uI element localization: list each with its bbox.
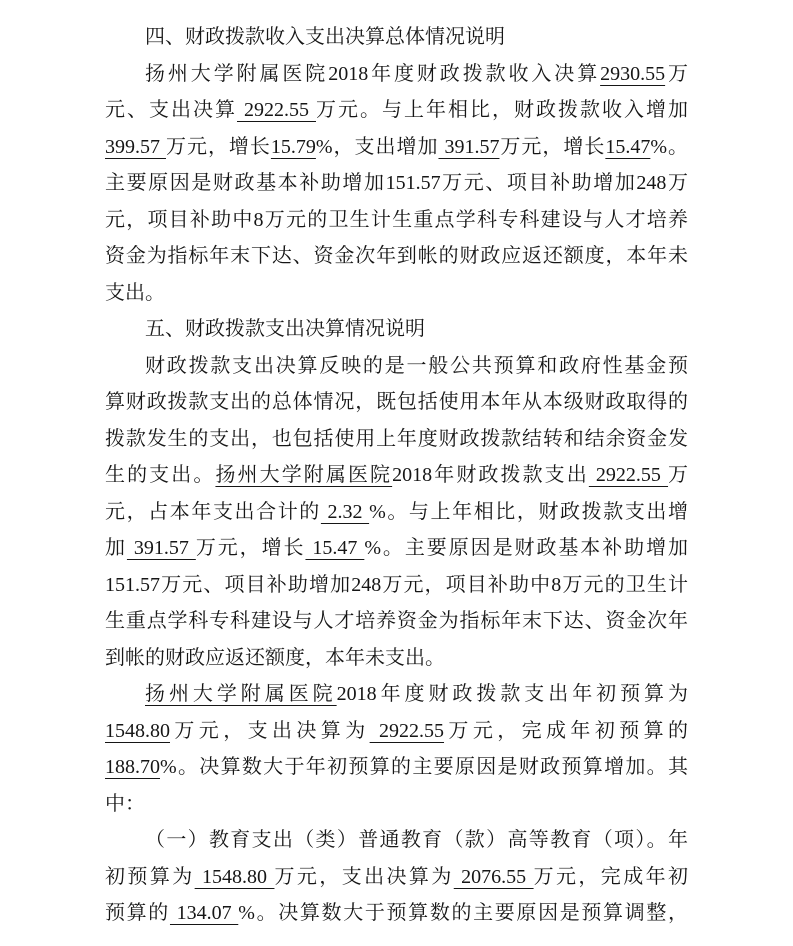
para-income-overview-line: 399.57 万元，增长15.79%，支出增加 391.57万元，增长15.47… <box>105 129 688 166</box>
text-segment: 2018年度财政拨款支出年初预算为 <box>337 683 688 705</box>
text-segment: 元、支出决算 <box>105 99 237 121</box>
text-segment: 元，项目补助中8万元的卫生计生重点学科专科建设与人才培养 <box>105 209 688 231</box>
underlined-value: 15.47 <box>605 136 650 158</box>
text-segment: 算财政拨款支出的总体情况，既包括使用本年从本级财政取得的 <box>105 391 688 413</box>
text-segment: 四、财政拨款收入支出决算总体情况说明 <box>145 26 505 48</box>
underlined-value: 扬州大学附属医院 <box>145 683 337 705</box>
underlined-value: 134.07 <box>170 902 238 924</box>
text-segment: 资金为指标年末下达、资金次年到帐的财政应返还额度，本年未 <box>105 245 688 267</box>
text-segment: %。决算数大于预算数的主要原因是预算调整， <box>238 902 688 924</box>
underlined-value: 391.57 <box>438 136 499 158</box>
underlined-value: 2930.55 <box>600 63 665 85</box>
para-education-expense-line: （一）教育支出（类）普通教育（款）高等教育（项）。年 <box>105 822 688 859</box>
para-expense-overview-line: 财政拨款支出决算反映的是一般公共预算和政府性基金预 <box>105 348 688 385</box>
text-segment: 主要原因是财政基本补助增加151.57万元、项目补助增加248万 <box>105 172 688 194</box>
para-education-expense-line: 预算的 134.07 %。决算数大于预算数的主要原因是预算调整， <box>105 895 688 932</box>
text-segment: 支出。 <box>105 282 165 304</box>
text-segment: 加 <box>105 537 127 559</box>
text-segment: 生的支出。 <box>105 464 215 486</box>
para-budget-comparison-line: 188.70%。决算数大于年初预算的主要原因是财政预算增加。其 <box>105 749 688 786</box>
underlined-value: 2922.55 <box>370 720 444 742</box>
underlined-value: 1548.80 <box>105 720 170 742</box>
underlined-value: 399.57 <box>105 136 166 158</box>
para-expense-overview-line: 元，占本年支出合计的 2.32 %。与上年相比，财政拨款支出增 <box>105 494 688 531</box>
text-segment: 初预算为 <box>105 866 195 888</box>
text-segment: 扬州大学附属医院2018年度财政拨款收入决算 <box>145 63 600 85</box>
para-income-overview-line: 主要原因是财政基本补助增加151.57万元、项目补助增加248万 <box>105 165 688 202</box>
text-segment: %。与上年相比，财政拨款支出增 <box>369 501 688 523</box>
para-budget-comparison-line: 1548.80万元，支出决算为 2922.55万元，完成年初预算的 <box>105 713 688 750</box>
text-segment: %。决算数大于年初预算的主要原因是财政预算增加。其 <box>160 756 688 778</box>
text-segment: 预算的 <box>105 902 170 924</box>
para-expense-overview-line: 加 391.57 万元，增长 15.47 %。主要原因是财政基本补助增加 <box>105 530 688 567</box>
para-income-overview-line: 扬州大学附属医院2018年度财政拨款收入决算2930.55万 <box>105 56 688 93</box>
text-segment: %。 <box>650 136 688 158</box>
underlined-value: 2922.55 <box>237 99 316 121</box>
underlined-value: 扬州大学附属医院 <box>215 464 392 486</box>
para-income-overview-line: 资金为指标年末下达、资金次年到帐的财政应返还额度，本年未 <box>105 238 688 275</box>
document-text-block: 四、财政拨款收入支出决算总体情况说明扬州大学附属医院2018年度财政拨款收入决算… <box>105 19 688 932</box>
text-segment: 万元，支出决算为 <box>274 866 453 888</box>
para-expense-overview-line: 生重点学科专科建设与人才培养资金为指标年末下达、资金次年 <box>105 603 688 640</box>
text-segment: 万元，完成年初预算的 <box>444 720 688 742</box>
text-segment: 到帐的财政应返还额度，本年未支出。 <box>105 647 445 669</box>
para-budget-comparison-line: 扬州大学附属医院2018年度财政拨款支出年初预算为 <box>105 676 688 713</box>
para-income-overview-line: 元、支出决算 2922.55 万元。与上年相比，财政拨款收入增加 <box>105 92 688 129</box>
text-segment: 万 <box>665 63 688 85</box>
text-segment: 元，占本年支出合计的 <box>105 501 321 523</box>
text-segment: 万元，支出决算为 <box>170 720 370 742</box>
underlined-value: 188.70 <box>105 756 160 778</box>
para-expense-overview-line: 到帐的财政应返还额度，本年未支出。 <box>105 640 688 677</box>
text-segment: 万元，增长 <box>196 537 306 559</box>
document-page: 四、财政拨款收入支出决算总体情况说明扬州大学附属医院2018年度财政拨款收入决算… <box>0 0 793 946</box>
underlined-value: 15.79 <box>271 136 316 158</box>
underlined-value: 1548.80 <box>195 866 275 888</box>
text-segment: 中： <box>105 793 145 815</box>
section-heading-4: 四、财政拨款收入支出决算总体情况说明 <box>105 19 688 56</box>
para-education-expense-line: 初预算为 1548.80 万元，支出决算为 2076.55 万元，完成年初 <box>105 859 688 896</box>
para-expense-overview-line: 151.57万元、项目补助增加248万元，项目补助中8万元的卫生计 <box>105 567 688 604</box>
text-segment: 万元，增长 <box>499 136 605 158</box>
text-segment: 万 <box>668 464 688 486</box>
underlined-value: 2076.55 <box>454 866 534 888</box>
underlined-value: 2922.55 <box>589 464 668 486</box>
para-budget-comparison-line: 中： <box>105 786 688 823</box>
text-segment: 财政拨款支出决算反映的是一般公共预算和政府性基金预 <box>145 355 688 377</box>
text-segment: %。主要原因是财政基本补助增加 <box>364 537 688 559</box>
section-heading-5: 五、财政拨款支出决算情况说明 <box>105 311 688 348</box>
para-income-overview-line: 支出。 <box>105 275 688 312</box>
text-segment: 万元，增长 <box>166 136 271 158</box>
text-segment: 2018年财政拨款支出 <box>392 464 589 486</box>
underlined-value: 391.57 <box>127 537 196 559</box>
text-segment: 拨款发生的支出，也包括使用上年度财政拨款结转和结余资金发 <box>105 428 688 450</box>
underlined-value: 15.47 <box>305 537 364 559</box>
text-segment: 生重点学科专科建设与人才培养资金为指标年末下达、资金次年 <box>105 610 688 632</box>
text-segment: %，支出增加 <box>316 136 439 158</box>
text-segment: 五、财政拨款支出决算情况说明 <box>145 318 425 340</box>
underlined-value: 2.32 <box>321 501 369 523</box>
para-income-overview-line: 元，项目补助中8万元的卫生计生重点学科专科建设与人才培养 <box>105 202 688 239</box>
text-segment: 151.57万元、项目补助增加248万元，项目补助中8万元的卫生计 <box>105 574 688 596</box>
para-expense-overview-line: 拨款发生的支出，也包括使用上年度财政拨款结转和结余资金发 <box>105 421 688 458</box>
text-segment: 万元。与上年相比，财政拨款收入增加 <box>316 99 688 121</box>
text-segment: 万元，完成年初 <box>534 866 688 888</box>
text-segment: （一）教育支出（类）普通教育（款）高等教育（项）。年 <box>145 829 688 851</box>
para-expense-overview-line: 生的支出。扬州大学附属医院2018年财政拨款支出 2922.55 万 <box>105 457 688 494</box>
para-expense-overview-line: 算财政拨款支出的总体情况，既包括使用本年从本级财政取得的 <box>105 384 688 421</box>
